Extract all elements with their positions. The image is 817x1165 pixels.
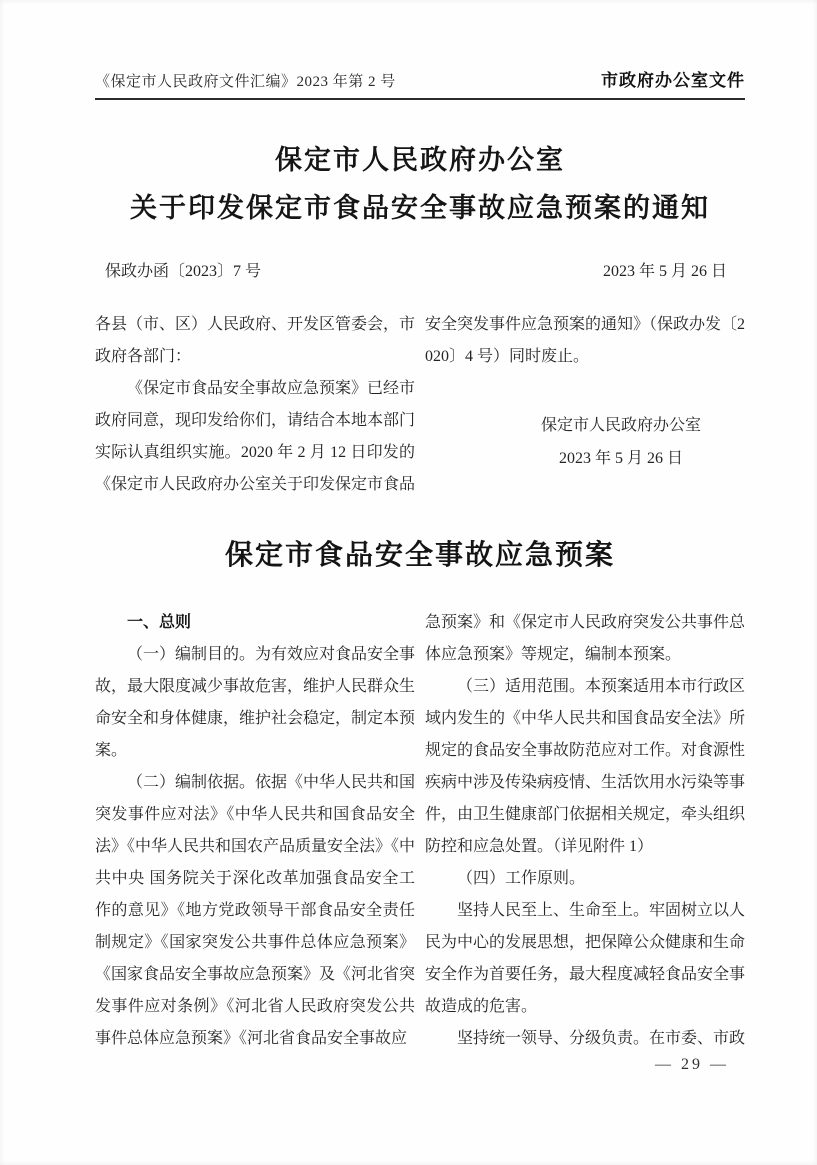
signature-block: 保定市人民政府办公室 2023 年 5 月 26 日 <box>425 409 745 475</box>
plan-section-heading: 一、总则 <box>95 607 415 639</box>
plan-paragraph-people-first: 坚持人民至上、生命至上。牢固树立以人民为中心的发展思想，把保障公众健康和生命安全… <box>425 895 745 1023</box>
doc-date: 2023 年 5 月 26 日 <box>603 258 745 281</box>
plan-paragraph-principles: （四）工作原则。 <box>425 863 745 895</box>
notice-title-line1: 保定市人民政府办公室 <box>95 136 745 184</box>
plan-title: 保定市食品安全事故应急预案 <box>95 535 745 577</box>
document-page: 《保定市人民政府文件汇编》2023 年第 2 号 市政府办公室文件 保定市人民政… <box>0 0 817 1165</box>
doc-number: 保政办函〔2023〕7 号 <box>95 258 261 281</box>
notice-title-line2: 关于印发保定市食品安全事故应急预案的通知 <box>95 184 745 232</box>
notice-body: 各县（市、区）人民政府、开发区管委会，市政府各部门： 《保定市食品安全事故应急预… <box>95 309 745 501</box>
notice-right-column: 安全突发事件应急预案的通知》（保政办发〔2020〕4 号）同时废止。 保定市人民… <box>425 309 745 501</box>
plan-paragraph-leadership: 坚持统一领导、分级负责。在市委、市政 <box>425 1023 745 1055</box>
notice-title: 保定市人民政府办公室 关于印发保定市食品安全事故应急预案的通知 <box>95 136 745 232</box>
page-content: 《保定市人民政府文件汇编》2023 年第 2 号 市政府办公室文件 保定市人民政… <box>95 0 745 1055</box>
header-volume-label: 《保定市人民政府文件汇编》2023 年第 2 号 <box>95 70 396 91</box>
doc-number-row: 保政办函〔2023〕7 号 2023 年 5 月 26 日 <box>95 258 745 281</box>
plan-paragraph-basis: （二）编制依据。依据《中华人民共和国突发事件应对法》《中华人民共和国食品安全法》… <box>95 767 415 1055</box>
signature-date: 2023 年 5 月 26 日 <box>497 442 745 475</box>
notice-left-column: 各县（市、区）人民政府、开发区管委会，市政府各部门： 《保定市食品安全事故应急预… <box>95 309 415 501</box>
plan-paragraph-basis-continued: 急预案》和《保定市人民政府突发公共事件总体应急预案》等规定，编制本预案。 <box>425 607 745 671</box>
notice-paragraph-continued: 安全突发事件应急预案的通知》（保政办发〔2020〕4 号）同时废止。 <box>425 309 745 373</box>
plan-right-column: 急预案》和《保定市人民政府突发公共事件总体应急预案》等规定，编制本预案。 （三）… <box>425 607 745 1055</box>
plan-paragraph-scope: （三）适用范围。本预案适用本市行政区域内发生的《中华人民共和国食品安全法》所规定… <box>425 671 745 863</box>
notice-salutation: 各县（市、区）人民政府、开发区管委会，市政府各部门： <box>95 309 415 373</box>
notice-paragraph: 《保定市食品安全事故应急预案》已经市政府同意，现印发给你们，请结合本地本部门实际… <box>95 373 415 501</box>
page-number: — 29 — <box>655 1056 729 1074</box>
header-doc-type-label: 市政府办公室文件 <box>601 66 745 91</box>
running-header: 《保定市人民政府文件汇编》2023 年第 2 号 市政府办公室文件 <box>95 0 745 100</box>
plan-paragraph-purpose: （一）编制目的。为有效应对食品安全事故，最大限度减少事故危害，维护人民群众生命安… <box>95 639 415 767</box>
signature-issuer: 保定市人民政府办公室 <box>497 409 745 442</box>
plan-left-column: 一、总则 （一）编制目的。为有效应对食品安全事故，最大限度减少事故危害，维护人民… <box>95 607 415 1055</box>
plan-body: 一、总则 （一）编制目的。为有效应对食品安全事故，最大限度减少事故危害，维护人民… <box>95 607 745 1055</box>
